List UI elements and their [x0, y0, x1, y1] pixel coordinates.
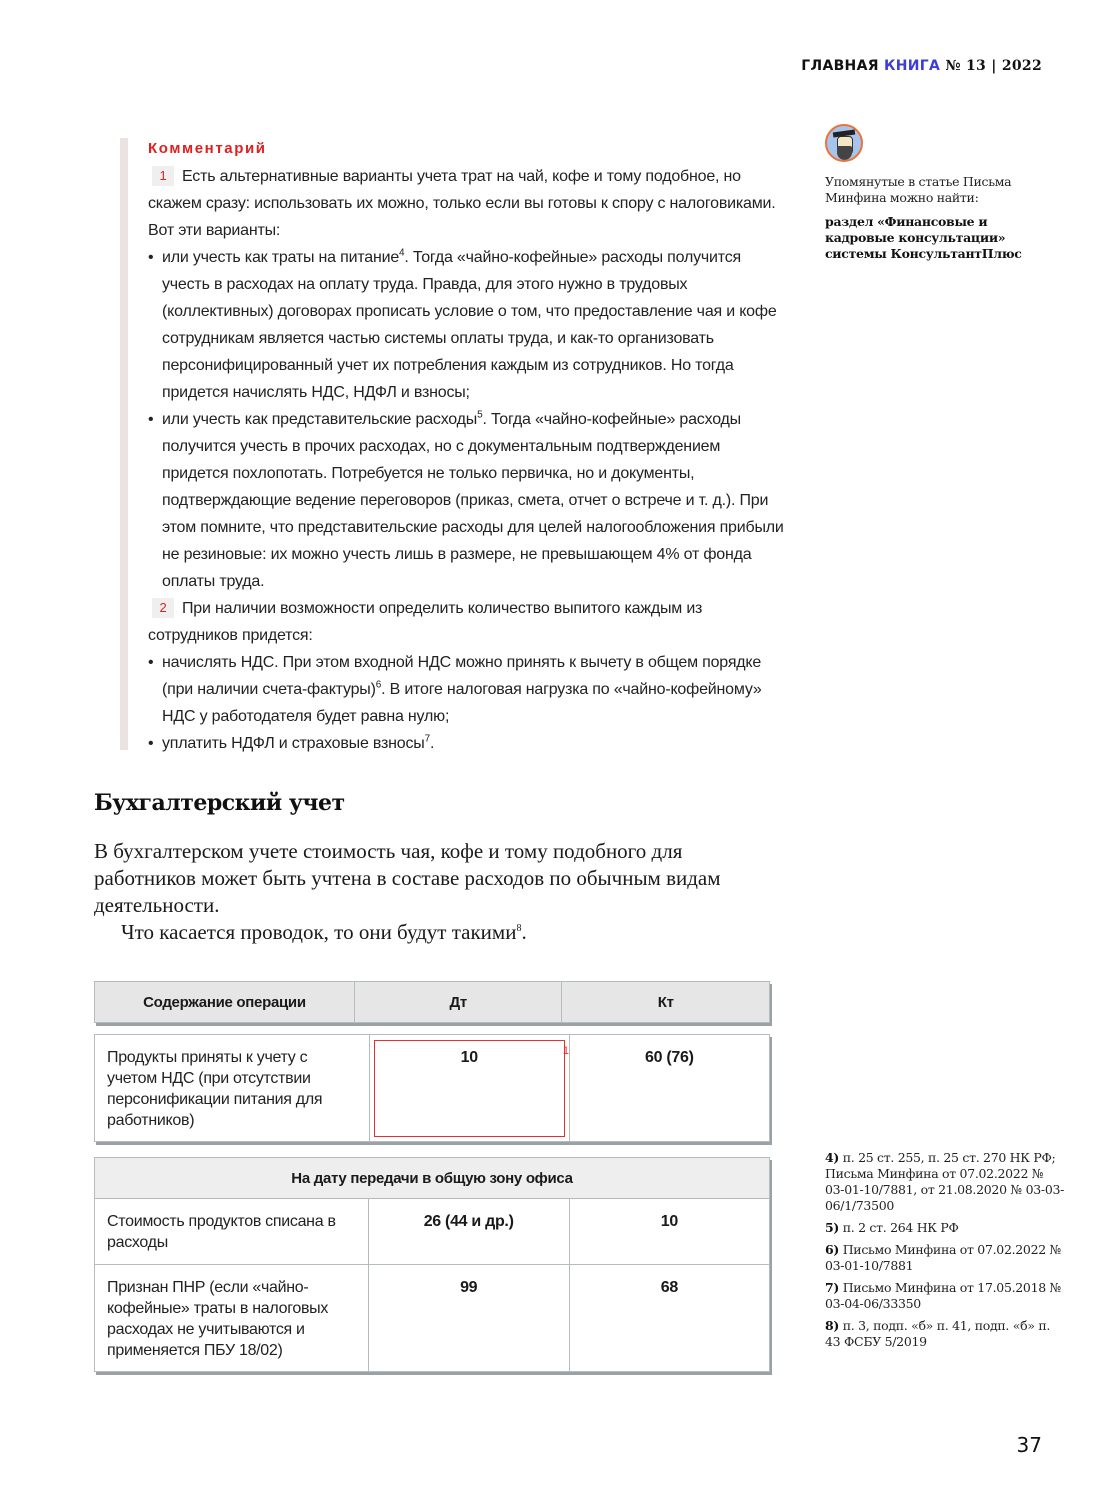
footnote: 4) п. 25 ст. 255, п. 25 ст. 270 НК РФ; П…: [825, 1150, 1065, 1214]
section-paragraph-2: Что касается проводок, то они будут таки…: [94, 919, 784, 946]
column-header-credit: Кт: [562, 982, 770, 1023]
section-paragraph-1: В бухгалтерском учете стоимость чая, коф…: [94, 838, 784, 919]
debit-account: 1 10: [369, 1035, 569, 1142]
list-item: начислять НДС. При этом входной НДС можн…: [148, 649, 788, 730]
comment-sidebar-rule: [120, 138, 128, 750]
debit-account: 26 (44 и др.): [368, 1199, 569, 1265]
footnotes: 4) п. 25 ст. 255, п. 25 ст. 270 НК РФ; П…: [825, 1150, 1065, 1356]
list-item: или учесть как траты на питание4. Тогда …: [148, 244, 788, 406]
sidebar-note-source: раздел «Финансовые и кадровые консультац…: [825, 214, 1055, 262]
comment-item-1: 1Есть альтернативные варианты учета трат…: [148, 163, 788, 244]
footnote: 8) п. 3, подп. «б» п. 41, подп. «б» п. 4…: [825, 1318, 1065, 1350]
table-row: Признан ПНР (если «чайно-кофейные» траты…: [95, 1265, 770, 1372]
footnote: 5) п. 2 ст. 264 НК РФ: [825, 1220, 1065, 1236]
operation-description: Признан ПНР (если «чайно-кофейные» траты…: [95, 1265, 369, 1372]
table-group-heading: На дату передачи в общую зону офиса: [95, 1158, 770, 1199]
list-item: уплатить НДФЛ и страховые взносы7.: [148, 730, 788, 757]
section-title: Бухгалтерский учет: [94, 790, 345, 816]
annotation-number: 1: [563, 1045, 569, 1057]
masthead-brand-part1: ГЛАВНАЯ: [801, 58, 879, 74]
column-header-debit: Дт: [354, 982, 562, 1023]
operation-description: Продукты приняты к учету с учетом НДС (п…: [95, 1035, 370, 1142]
masthead: ГЛАВНАЯ КНИГА № 13 | 2022: [801, 58, 1042, 74]
footnote: 7) Письмо Минфина от 17.05.2018 № 03-04-…: [825, 1280, 1065, 1312]
footnote: 6) Письмо Минфина от 07.02.2022 № 03-01-…: [825, 1242, 1065, 1274]
comment-item-2: 2При наличии возможности определить коли…: [148, 595, 788, 649]
consultant-avatar-icon: [825, 124, 863, 162]
list-item: или учесть как представительские расходы…: [148, 406, 788, 595]
debit-account: 99: [368, 1265, 569, 1372]
sidebar-note: Упомянутые в статье Письма Минфина можно…: [825, 124, 1055, 262]
comment-item-2-intro: При наличии возможности определить колич…: [148, 600, 702, 644]
table-row: Стоимость продуктов списана в расходы 26…: [95, 1199, 770, 1265]
masthead-brand-part2: КНИГА: [884, 58, 940, 74]
credit-account: 60 (76): [569, 1035, 769, 1142]
page-number: 37: [1017, 1433, 1042, 1457]
credit-account: 10: [569, 1199, 769, 1265]
sidebar-note-text: Упомянутые в статье Письма Минфина можно…: [825, 174, 1055, 206]
masthead-issue: № 13 | 2022: [945, 58, 1042, 74]
comment-item-2-bullets: начислять НДС. При этом входной НДС можн…: [148, 649, 788, 757]
credit-account: 68: [569, 1265, 769, 1372]
comment-item-1-intro: Есть альтернативные варианты учета трат …: [148, 168, 776, 239]
entries-table-header: Содержание операции Дт Кт: [94, 981, 770, 1023]
operation-description: Стоимость продуктов списана в расходы: [95, 1199, 369, 1265]
column-header-operation: Содержание операции: [95, 982, 355, 1023]
entries-table-group-1: Продукты приняты к учету с учетом НДС (п…: [94, 1034, 770, 1142]
table-row: Продукты приняты к учету с учетом НДС (п…: [95, 1035, 770, 1142]
section-body: В бухгалтерском учете стоимость чая, коф…: [94, 838, 784, 946]
comment-number-badge: 1: [152, 166, 174, 186]
comment-number-badge: 2: [152, 598, 174, 618]
entries-table-group-2: На дату передачи в общую зону офиса Стои…: [94, 1157, 770, 1372]
comment-item-1-bullets: или учесть как траты на питание4. Тогда …: [148, 244, 788, 595]
comment-title: Комментарий: [148, 138, 788, 160]
